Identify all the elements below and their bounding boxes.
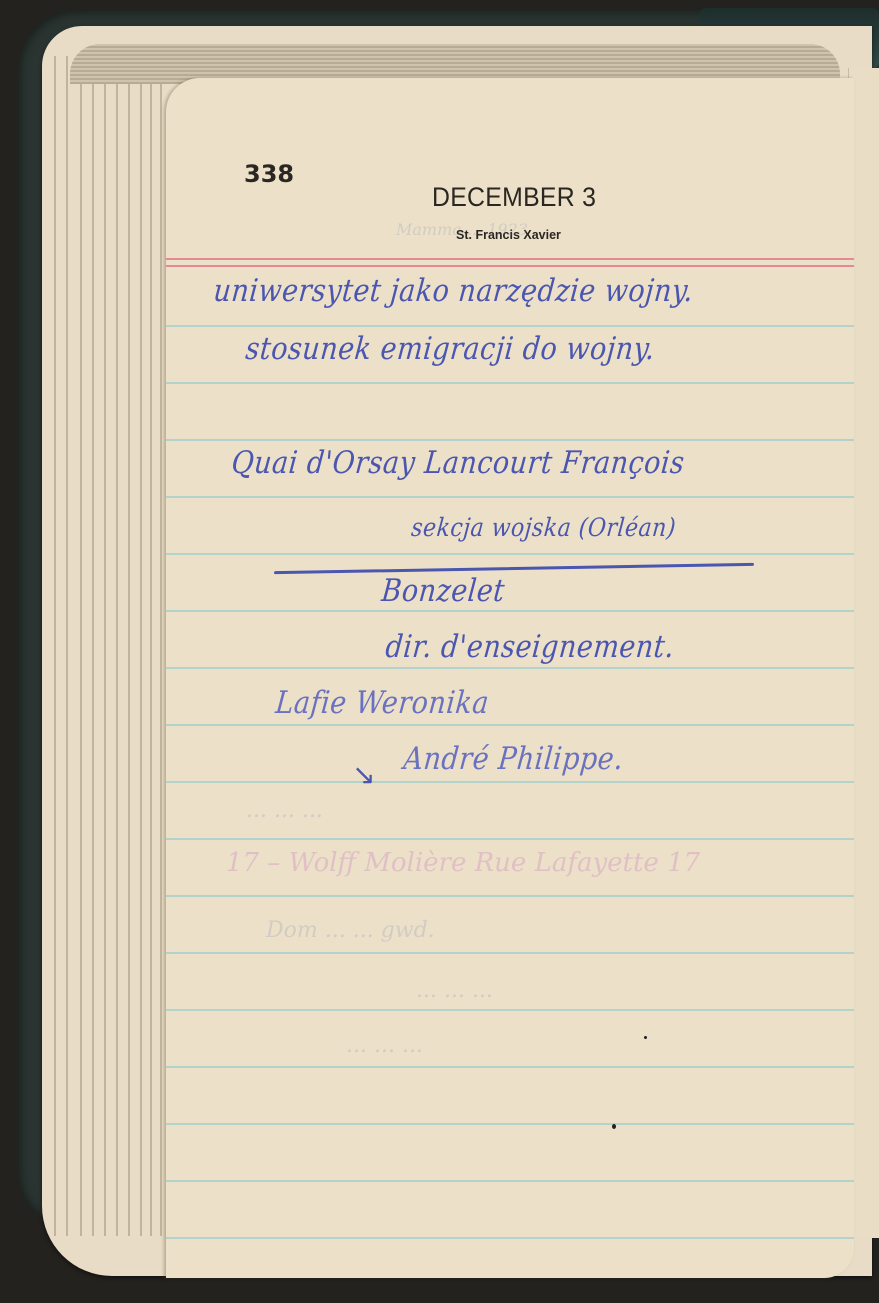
ruled-line	[166, 1123, 854, 1125]
ruled-line	[166, 667, 854, 669]
header-red-rule	[166, 265, 854, 267]
ruled-line	[166, 496, 854, 498]
handwritten-line-8: André Philippe.	[402, 741, 625, 777]
bleed-through-text: ... ... ...	[416, 978, 493, 1003]
paper-speck	[612, 1124, 616, 1129]
ruled-line	[166, 724, 854, 726]
ruled-line	[166, 553, 854, 555]
handwritten-line-2: stosunek emigracji do wojny.	[244, 331, 656, 367]
date-heading: DECEMBER 3	[432, 182, 596, 213]
bleed-through-pink-text: 17 – Wolff Molière Rue Lafayette 17	[226, 848, 700, 878]
bleed-through-text: Dom ... ... gwd.	[266, 918, 435, 943]
bleed-through-text: ... ... ...	[346, 1033, 423, 1058]
page-number: 338	[244, 160, 294, 188]
ruled-line	[166, 1180, 854, 1182]
handwritten-line-3: Quai d'Orsay Lancourt François	[230, 445, 686, 481]
arrow-down-icon: ↘	[352, 758, 375, 791]
header-red-rule	[166, 258, 854, 260]
ruled-line	[166, 1066, 854, 1068]
handwritten-line-6: dir. d'enseignement.	[384, 629, 676, 665]
ruled-line	[166, 610, 854, 612]
paper-speck	[644, 1036, 647, 1039]
handwritten-line-7: Lafie Weronika	[274, 685, 491, 721]
ruled-line	[166, 439, 854, 441]
handwritten-line-5: Bonzelet	[380, 573, 506, 609]
ruled-line	[166, 325, 854, 327]
handwritten-underline	[274, 563, 754, 574]
ruled-line	[166, 1009, 854, 1011]
ruled-line	[166, 952, 854, 954]
diary-page: 338 DECEMBER 3 St. Francis Xavier Mamma …	[166, 78, 854, 1278]
ruled-line	[166, 382, 854, 384]
ruled-line	[166, 838, 854, 840]
bleed-through-text: ... ... ...	[246, 798, 323, 823]
ruled-line	[166, 895, 854, 897]
handwritten-line-1: uniwersytet jako narzędzie wojny.	[212, 273, 695, 309]
handwritten-line-4: sekcja wojska (Orléan)	[410, 514, 677, 543]
ruled-line	[166, 781, 854, 783]
ruled-line	[166, 1237, 854, 1239]
bleed-through-text: Mamma ... 1923	[396, 220, 528, 239]
